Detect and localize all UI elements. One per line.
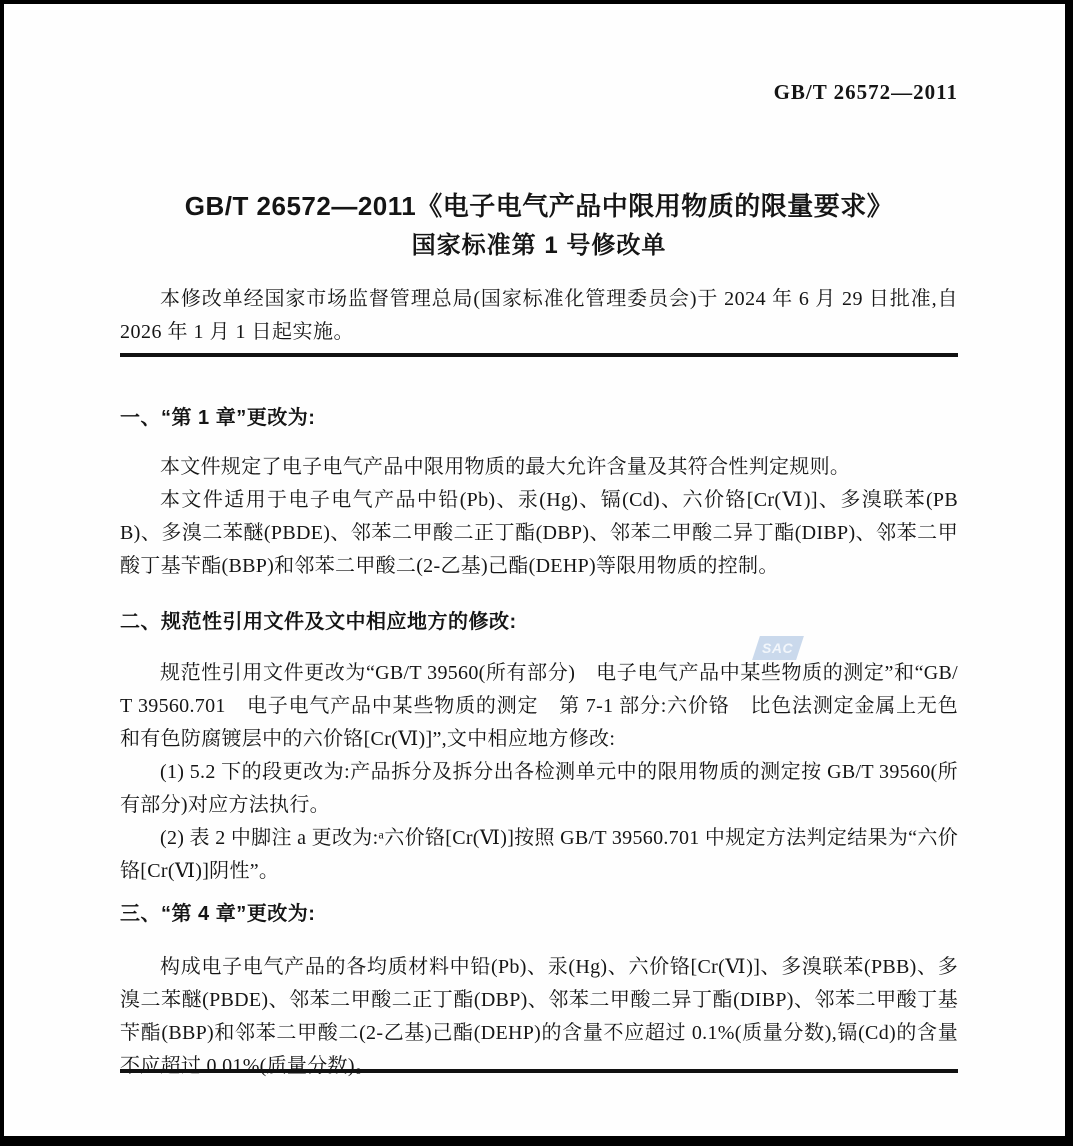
divider-line-top	[120, 353, 958, 357]
paragraph: 本文件规定了电子电气产品中限用物质的最大允许含量及其符合性判定规则。	[120, 451, 958, 484]
section-2-body: 规范性引用文件更改为“GB/T 39560(所有部分) 电子电气产品中某些物质的…	[120, 657, 958, 888]
document-page: GB/T 26572—2011 GB/T 26572—2011《电子电气产品中限…	[4, 4, 1065, 1136]
divider-line-bottom	[120, 1069, 958, 1073]
paragraph: 构成电子电气产品的各均质材料中铅(Pb)、汞(Hg)、六价铬[Cr(Ⅵ)]、多溴…	[120, 951, 958, 1083]
paragraph: (2) 表 2 中脚注 a 更改为:ᵃ六价铬[Cr(Ⅵ)]按照 GB/T 395…	[120, 822, 958, 888]
paragraph: 规范性引用文件更改为“GB/T 39560(所有部分) 电子电气产品中某些物质的…	[120, 657, 958, 756]
approval-paragraph: 本修改单经国家市场监督管理总局(国家标准化管理委员会)于 2024 年 6 月 …	[120, 283, 958, 349]
paragraph: 本文件适用于电子电气产品中铅(Pb)、汞(Hg)、镉(Cd)、六价铬[Cr(Ⅵ)…	[120, 484, 958, 583]
paragraph: (1) 5.2 下的段更改为:产品拆分及拆分出各检测单元中的限用物质的测定按 G…	[120, 756, 958, 822]
section-3-body: 构成电子电气产品的各均质材料中铅(Pb)、汞(Hg)、六价铬[Cr(Ⅵ)]、多溴…	[120, 951, 958, 1083]
section-1-body: 本文件规定了电子电气产品中限用物质的最大允许含量及其符合性判定规则。 本文件适用…	[120, 451, 958, 583]
standard-code-header: GB/T 26572—2011	[120, 80, 958, 105]
sac-watermark-text: SAC	[762, 640, 793, 656]
section-3-heading: 三、“第 4 章”更改为:	[120, 897, 958, 926]
section-1-heading: 一、“第 1 章”更改为:	[120, 401, 958, 430]
section-2-heading: 二、规范性引用文件及文中相应地方的修改:	[120, 605, 958, 634]
document-title: GB/T 26572—2011《电子电气产品中限用物质的限量要求》	[120, 186, 958, 223]
document-subtitle: 国家标准第 1 号修改单	[120, 225, 958, 260]
